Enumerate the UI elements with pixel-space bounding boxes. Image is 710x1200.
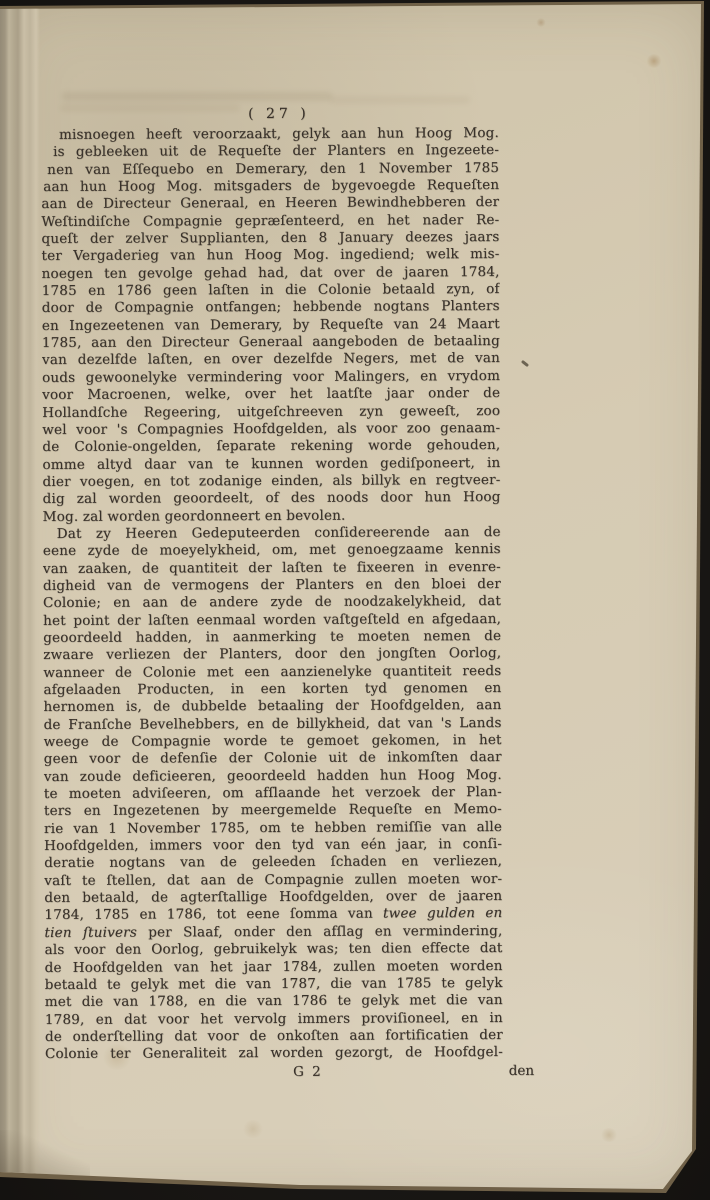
text-line: met die van 1788, en die van 1786 te gel… [45,992,503,1011]
stain [646,54,662,68]
text-line: ters en Ingezetenen by meergemelde Reque… [44,801,502,820]
text-line: door de Compagnie ontfangen; hebbende no… [42,298,500,317]
text-line: aan de Directeur Generaal, en Heeren Bew… [41,194,499,213]
text-line: den betaald, de agterſtallige Hoofdgelde… [44,888,502,907]
text-line: van zaaken, de quantiteit der laſten te … [43,559,501,578]
text-line: tien ſtuivers per Slaaf, onder den afſla… [44,923,502,942]
text-line: voor Macroenen, welke, over het laatſte … [42,385,500,404]
text-line: nen van Eſſequebo en Demerary, den 1 Nov… [41,160,499,179]
text-line: te moeten adviſeeren, om afſlaande het v… [44,784,502,803]
paper: ( 27 ) misnoegen heeft veroorzaakt, gely… [0,0,710,1200]
text-line: is gebleeken uit de Requeſte der Planter… [41,142,499,161]
text-line: aan hun Hoog Mog. mitsgaders de bygevoeg… [41,177,499,196]
book-gutter [0,0,40,1200]
text-line: Mog. zal worden geordonneert en bevolen. [43,507,501,526]
text-line: queſt der zelver Supplianten, den 8 Janu… [41,229,499,248]
text-line: noegen ten gevolge gehad had, dat over d… [42,264,500,283]
text-line: de Colonie-ongelden, ſeparate rekening w… [42,437,500,456]
text-line: en Ingezeetenen van Demerary, by Requeſt… [42,316,500,335]
text-line: misnoegen heeft veroorzaakt, gelyk aan h… [41,125,499,144]
text-line: zwaare verliezen der Planters, door den … [43,645,501,664]
text-line: Hollandſche Regeering, uitgeſchreeven zy… [42,403,500,422]
text-line: Hoofdgelden, immers voor den tyd van eén… [44,836,502,855]
text-line: weege de Compagnie worde te gemoet gekom… [44,732,502,751]
text-line: dig zal worden geoordeelt, of des noods … [43,489,501,508]
stain [600,1128,618,1142]
ink-fleck [521,360,529,367]
text-line: Weſtindiſche Compagnie gepræſenteerd, en… [41,212,499,231]
text-line: geoordeeld hadden, in aanmerking te moet… [43,628,501,647]
text-line: Colonie; en aan de andere zyde de noodza… [43,593,501,612]
text-line: ter Vergaderieg van hun Hoog Mog. ingedi… [41,246,499,265]
text-line: Colonie ter Generaliteit zal worden gezo… [45,1044,503,1063]
scanned-page-background: ( 27 ) misnoegen heeft veroorzaakt, gely… [0,0,710,1200]
page-number: ( 27 ) [50,103,508,125]
text-line: het point der laſten eenmaal worden vaſt… [43,611,501,630]
text-line: deratie nogtans van de geleeden ſchaden … [44,853,502,872]
text-line: Dat zy Heeren Gedeputeerden conſidereere… [43,524,501,543]
text-line: wanneer de Colonie met een aanzienelyke … [43,663,501,682]
text-line: geen voor de defenſie der Colonie uit de… [44,749,502,768]
text-line: van zoude deficieeren, geoordeeld hadden… [44,767,502,786]
text-line: digheid van de vermogens der Planters en… [43,576,501,595]
signature-line: G 2 den [45,1063,503,1083]
text-line: rie van 1 November 1785, om te hebben re… [44,819,502,838]
text-line: 1789, en dat voor het vervolg immers pro… [45,1010,503,1029]
body-text: misnoegen heeft veroorzaakt, gelyk aan h… [41,125,503,1064]
signature-mark: G 2 [293,1063,323,1079]
text-line: dier voegen, en tot zodanige einden, als… [42,472,500,491]
text-line: wel voor 's Compagnies Hoofdgelden, als … [42,420,500,439]
text-line: omme altyd daar van te kunnen worden ged… [42,455,500,474]
stain [242,1120,264,1138]
text-line: 1785 en 1786 geen laſten in die Colonie … [42,281,500,300]
show-through-mark [62,92,332,101]
catchword: den [509,1062,534,1078]
text-line: betaald te gelyk met die van 1787, die v… [45,975,503,994]
text-line: 1785, aan den Directeur Generaal aangebo… [42,333,500,352]
text-line: vaſt te ſtellen, dat aan de Compagnie zu… [44,871,502,890]
text-line: de onderſtelling dat voor de onkoſten aa… [45,1027,503,1046]
stain [536,18,546,27]
text-line: de Franſche Bevelhebbers, en de billykhe… [44,715,502,734]
text-line: ouds gewoonelyke vermindering voor Malin… [42,368,500,387]
text-line: 1784, 1785 en 1786, tot eene ſomma van t… [44,905,502,924]
text-line: van dezelfde laſten, en over dezelfde Ne… [42,350,500,369]
text-block: ( 27 ) misnoegen heeft veroorzaakt, gely… [41,103,503,1083]
text-line: eene zyde de moeyelykheid, om, met genoe… [43,541,501,560]
gutter-shadow [0,1130,90,1200]
text-line: afgelaaden Producten, in een korten tyd … [43,680,501,699]
text-line: als voor den Oorlog, gebruikelyk was; te… [45,940,503,959]
text-line: hernomen is, de dubbelde betaaling der H… [43,697,501,716]
text-line: de Hoofdgelden van het jaar 1784, zullen… [45,957,503,976]
